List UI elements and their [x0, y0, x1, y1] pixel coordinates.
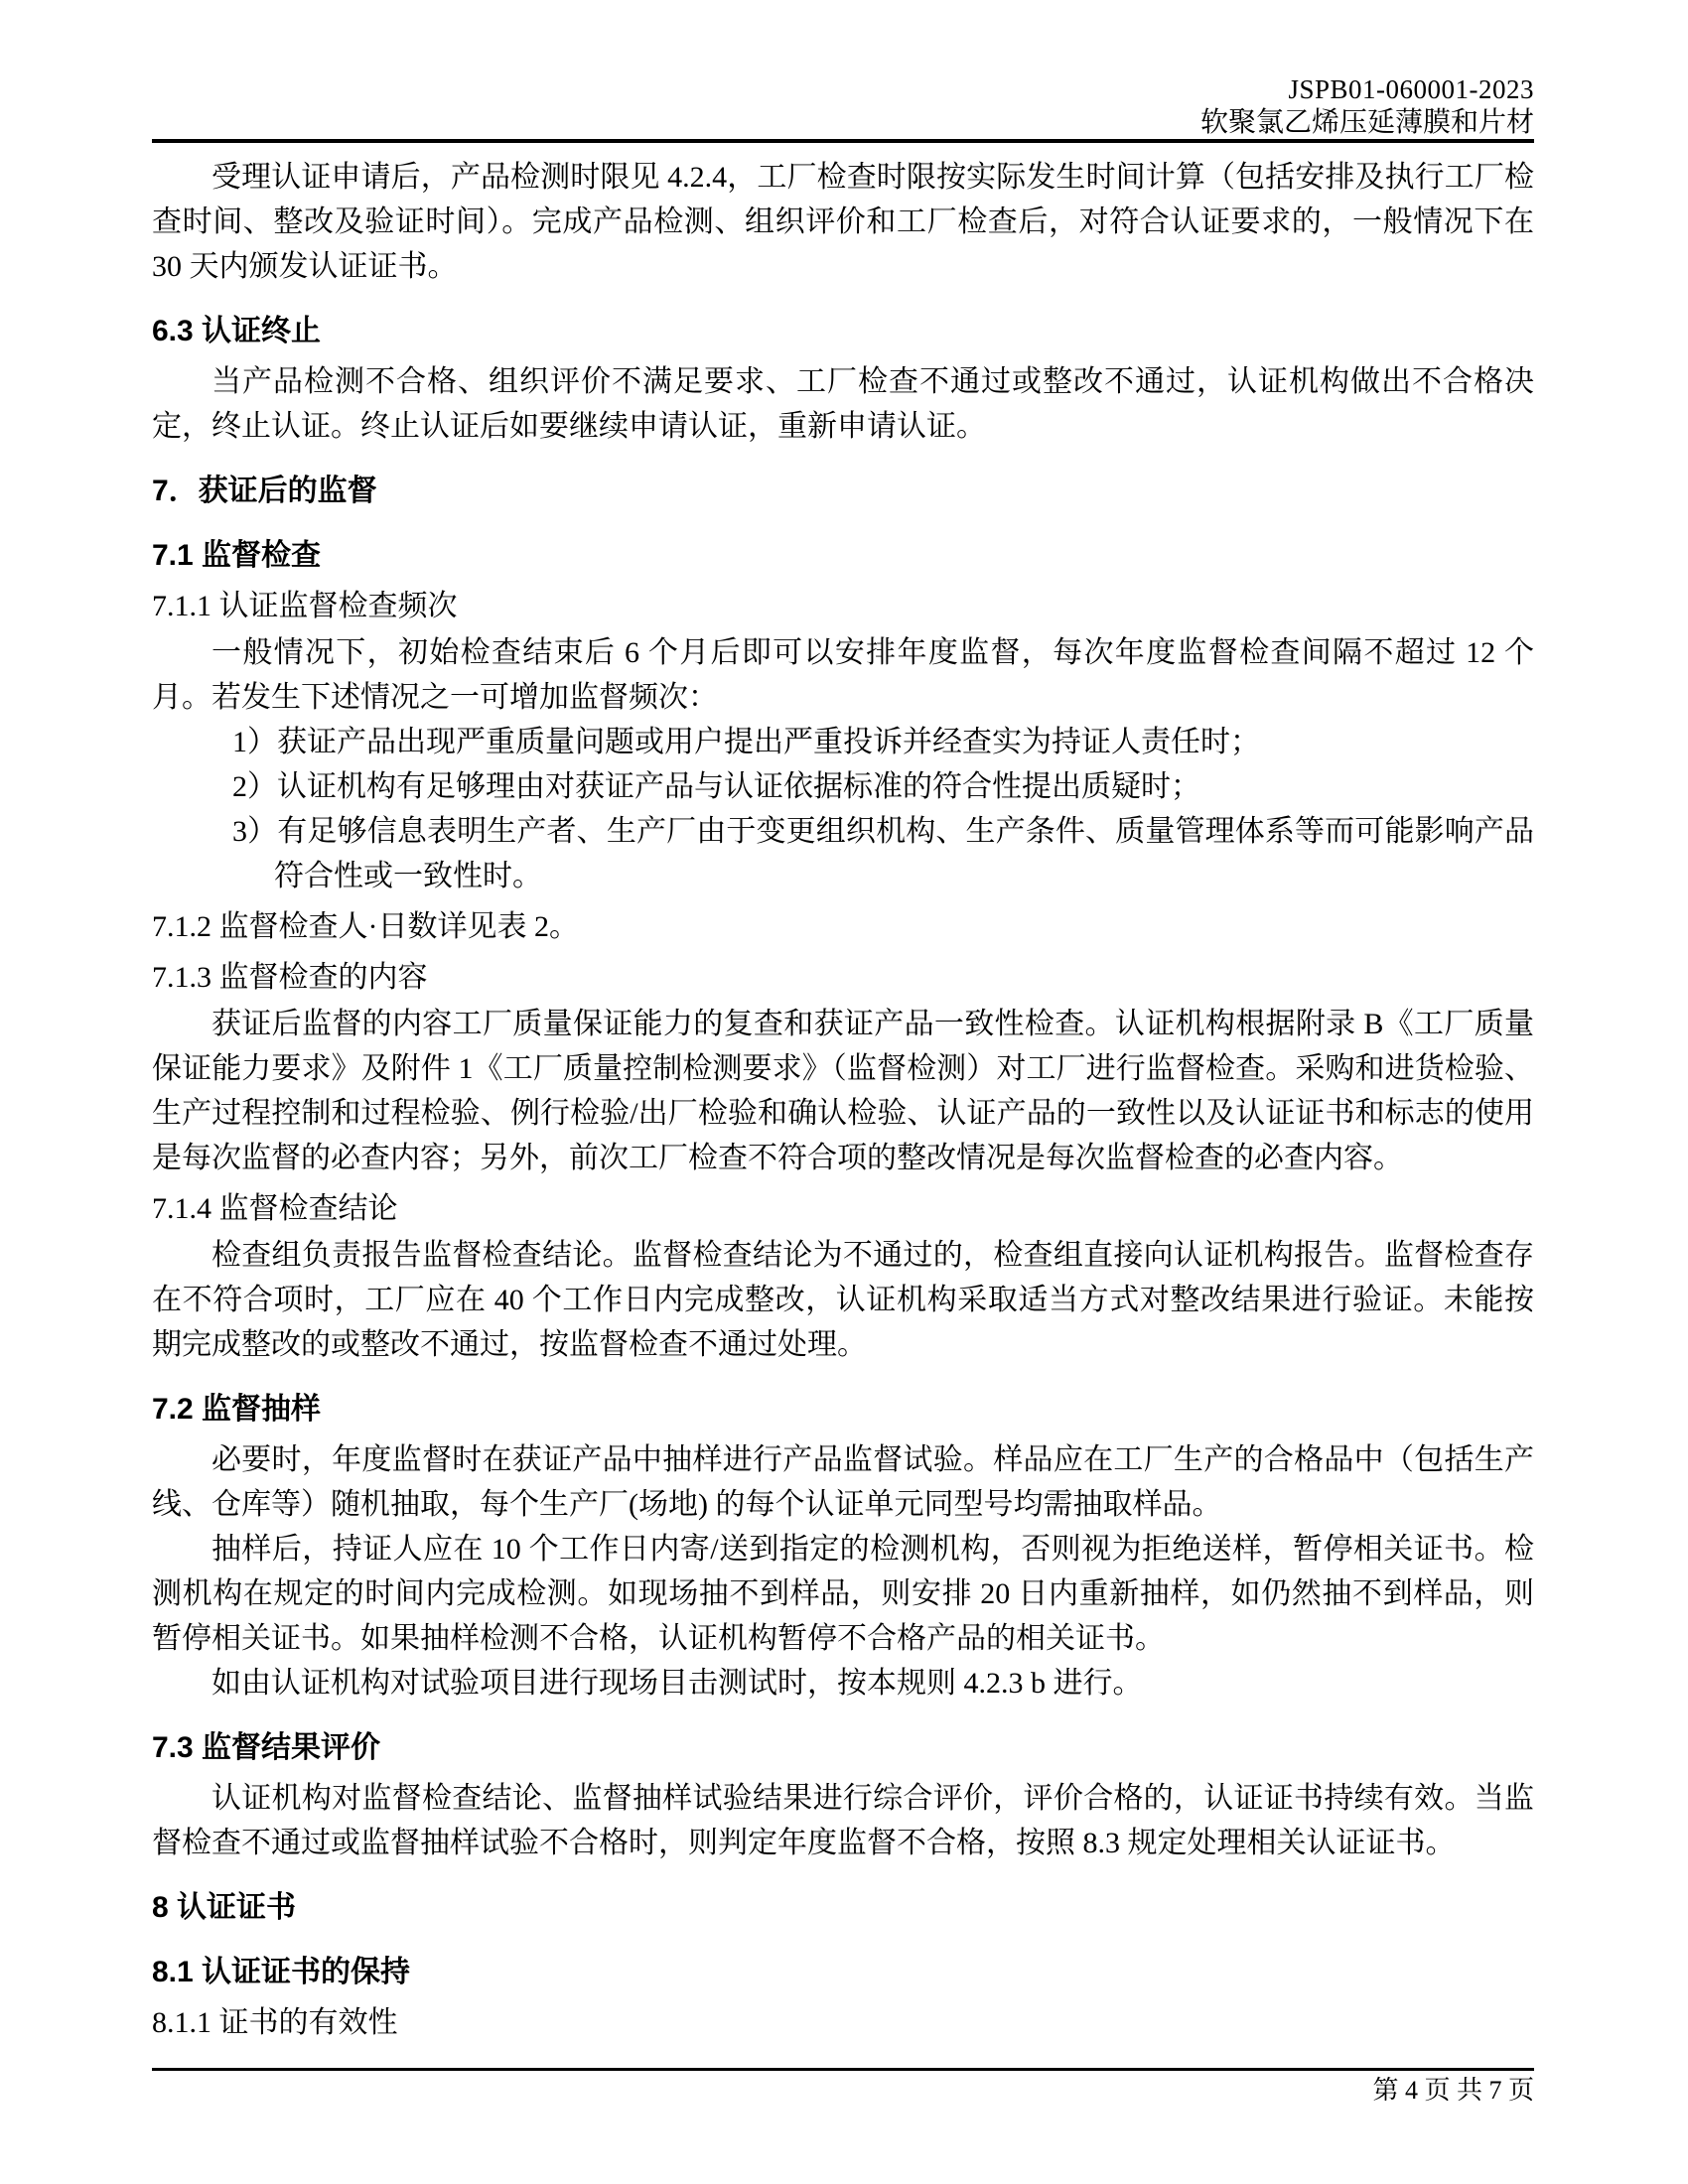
subsection-heading: 7.3 监督结果评价	[152, 1725, 1534, 1770]
document-page: JSPB01-060001-2023 软聚氯乙烯压延薄膜和片材 受理认证申请后，…	[0, 0, 1688, 2184]
subsection-heading: 7.1 监督检查	[152, 533, 1534, 578]
section-heading: 7．获证后的监督	[152, 469, 1534, 513]
numbered-clause: 7.1.3 监督检查的内容	[152, 955, 1534, 1000]
footer-divider	[152, 2068, 1534, 2071]
paragraph: 检查组负责报告监督检查结论。监督检查结论为不通过的，检查组直接向认证机构报告。监…	[152, 1233, 1534, 1367]
document-number: JSPB01-060001-2023	[152, 73, 1534, 106]
numbered-clause: 8.1.1 证书的有效性	[152, 2000, 1534, 2045]
list-item: 2）认证机构有足够理由对获证产品与认证依据标准的符合性提出质疑时；	[152, 764, 1534, 809]
page-number: 第 4 页 共 7 页	[152, 2075, 1534, 2107]
numbered-clause: 7.1.1 认证监督检查频次	[152, 584, 1534, 628]
subsection-heading: 8.1 认证证书的保持	[152, 1950, 1534, 1994]
subsection-heading: 6.3 认证终止	[152, 309, 1534, 353]
paragraph: 必要时，年度监督时在获证产品中抽样进行产品监督试验。样品应在工厂生产的合格品中（…	[152, 1437, 1534, 1527]
subsection-heading: 7.2 监督抽样	[152, 1387, 1534, 1432]
document-title: 软聚氯乙烯压延薄膜和片材	[152, 106, 1534, 139]
document-body: 受理认证申请后，产品检测时限见 4.2.4，工厂检查时限按实际发生时间计算（包括…	[152, 155, 1534, 2047]
paragraph: 如由认证机构对试验项目进行现场目击测试时，按本规则 4.2.3 b 进行。	[152, 1661, 1534, 1706]
page-header: JSPB01-060001-2023 软聚氯乙烯压延薄膜和片材	[152, 0, 1534, 143]
numbered-clause: 7.1.4 监督检查结论	[152, 1186, 1534, 1231]
paragraph: 抽样后，持证人应在 10 个工作日内寄/送到指定的检测机构，否则视为拒绝送样，暂…	[152, 1527, 1534, 1661]
paragraph: 认证机构对监督检查结论、监督抽样试验结果进行综合评价，评价合格的，认证证书持续有…	[152, 1776, 1534, 1865]
paragraph: 获证后监督的内容工厂质量保证能力的复查和获证产品一致性检查。认证机构根据附录 B…	[152, 1002, 1534, 1180]
paragraph: 当产品检测不合格、组织评价不满足要求、工厂检查不通过或整改不通过，认证机构做出不…	[152, 359, 1534, 449]
section-heading: 8 认证证书	[152, 1885, 1534, 1930]
paragraph: 一般情况下，初始检查结束后 6 个月后即可以安排年度监督，每次年度监督检查间隔不…	[152, 630, 1534, 720]
paragraph: 受理认证申请后，产品检测时限见 4.2.4，工厂检查时限按实际发生时间计算（包括…	[152, 155, 1534, 289]
list-item: 1）获证产品出现严重质量问题或用户提出严重投诉并经查实为持证人责任时；	[152, 720, 1534, 764]
list-item: 3）有足够信息表明生产者、生产厂由于变更组织机构、生产条件、质量管理体系等而可能…	[152, 809, 1534, 898]
numbered-clause: 7.1.2 监督检查人·日数详见表 2。	[152, 904, 1534, 949]
